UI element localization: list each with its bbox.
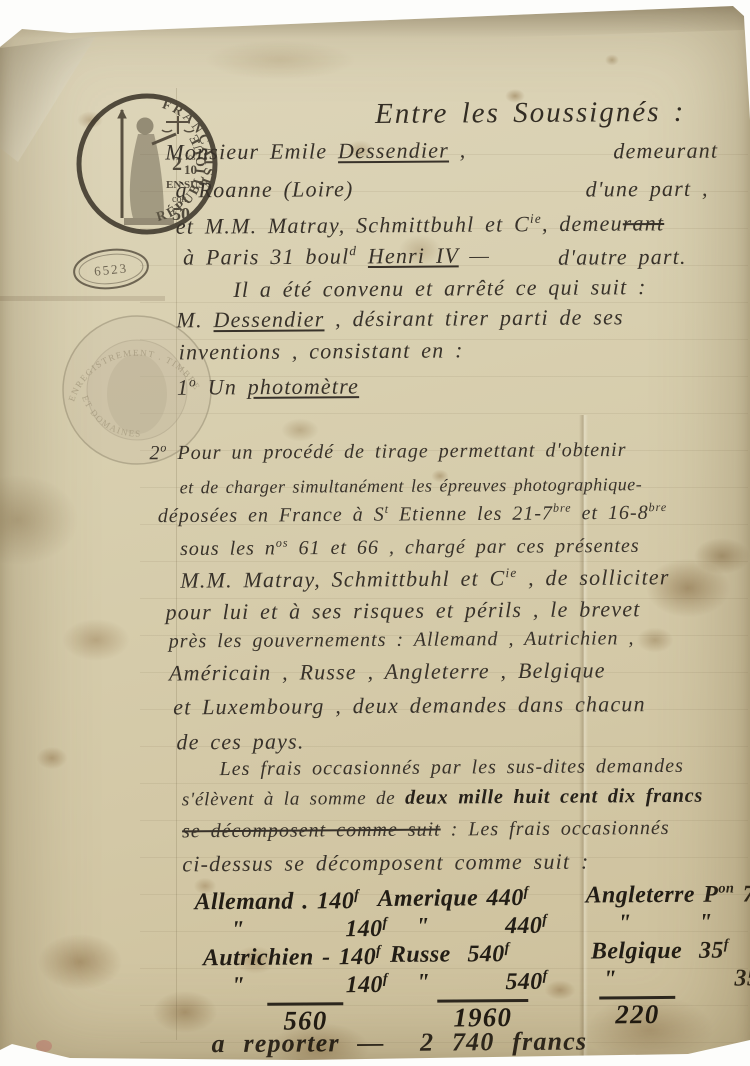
manuscript-text: Entre les Soussignés : Monsieur Emile De… [0, 0, 750, 1066]
line-item-2b: et de charger simultanément les épreuves… [180, 475, 643, 496]
line-parties-2: à Roanne (Loire) [176, 178, 354, 201]
table-cell-ditto-5: " 540f [416, 969, 548, 995]
line-intent-1: M. Dessendier , désirant tirer parti de … [176, 306, 623, 331]
doc-heading: Entre les Soussignés : [375, 98, 685, 129]
table-cell-amerique: Amerique 440f [377, 885, 529, 911]
table-cell-autrichien: Autrichien - 140f [203, 944, 381, 970]
line-mandate-1: M.M. Matray, Schmittbuhl et Cie , de sol… [180, 565, 669, 592]
line-costs-4: ci-dessus se décomposent comme suit : [182, 851, 589, 876]
table-cell-ditto-4: " 140f [231, 972, 388, 998]
line-countries-4: de ces pays. [176, 730, 304, 753]
table-cell-ditto-2: " 440f [416, 913, 548, 939]
line-numbers: sous les nos 61 et 66 , chargé par ces p… [180, 534, 640, 559]
line-parties-3: et M.M. Matray, Schmittbuhl et Cie, deme… [176, 211, 665, 238]
line-countries-1: près les gouvernements : Allemand , Autr… [169, 628, 635, 651]
line-item-1: 1o Un photomètre [177, 374, 359, 399]
line-costs-3: se décomposent comme suit : Les frais oc… [182, 818, 670, 841]
table-total-3: 220 [599, 996, 675, 1029]
line-countries-3: et Luxembourg , deux demandes dans chacu… [173, 693, 646, 718]
bottom-left-mark [36, 1040, 52, 1052]
line-mandate-2: pour lui et à ses risques et périls , le… [165, 598, 640, 623]
table-cell-ditto-1: " 140f [231, 916, 388, 942]
line-parties-2-right: d'une part , [586, 178, 709, 201]
line-parties-1: Monsieur Emile Dessendier , [165, 139, 466, 163]
line-costs-1: Les frais occasionnés par les sus-dites … [220, 756, 684, 779]
line-intent-2: inventions , consistant en : [179, 339, 464, 363]
line-parties-4-right: d'autre part. [558, 246, 687, 269]
table-cell-allemand: Allemand . 140f [194, 888, 359, 914]
table-cell-ditto-3: " " 75f [618, 909, 750, 935]
line-countries-2: Américain , Russe , Angleterre , Belgiqu… [169, 659, 606, 684]
line-parties-4: à Paris 31 bould Henri IV — [183, 243, 490, 268]
line-parties-1-right: demeurant [613, 140, 718, 163]
line-agreement: Il a été convenu et arrêté ce qui suit : [233, 276, 646, 301]
line-costs-2: s'élèvent à la somme de deux mille huit … [182, 786, 703, 810]
paper-sheet: ENREGISTREMENT . TIMBRE ET DOMAINES RÉPU… [0, 0, 750, 1066]
scanned-document: ENREGISTREMENT . TIMBRE ET DOMAINES RÉPU… [0, 0, 750, 1066]
table-cell-belgique: Belgique 35f [591, 938, 729, 964]
carry-forward-line: a reporter — 2 740 francs [211, 1029, 587, 1058]
line-deposits: déposées en France à St Etienne les 21-7… [158, 501, 667, 526]
table-cell-ditto-6: " 35f [603, 965, 750, 991]
line-item-2a: 2o Pour un procédé de tirage permettant … [149, 438, 626, 463]
table-cell-russe: Russe 540f [390, 941, 510, 967]
table-cell-angleterre: Angleterre Pon 75f [585, 881, 750, 907]
